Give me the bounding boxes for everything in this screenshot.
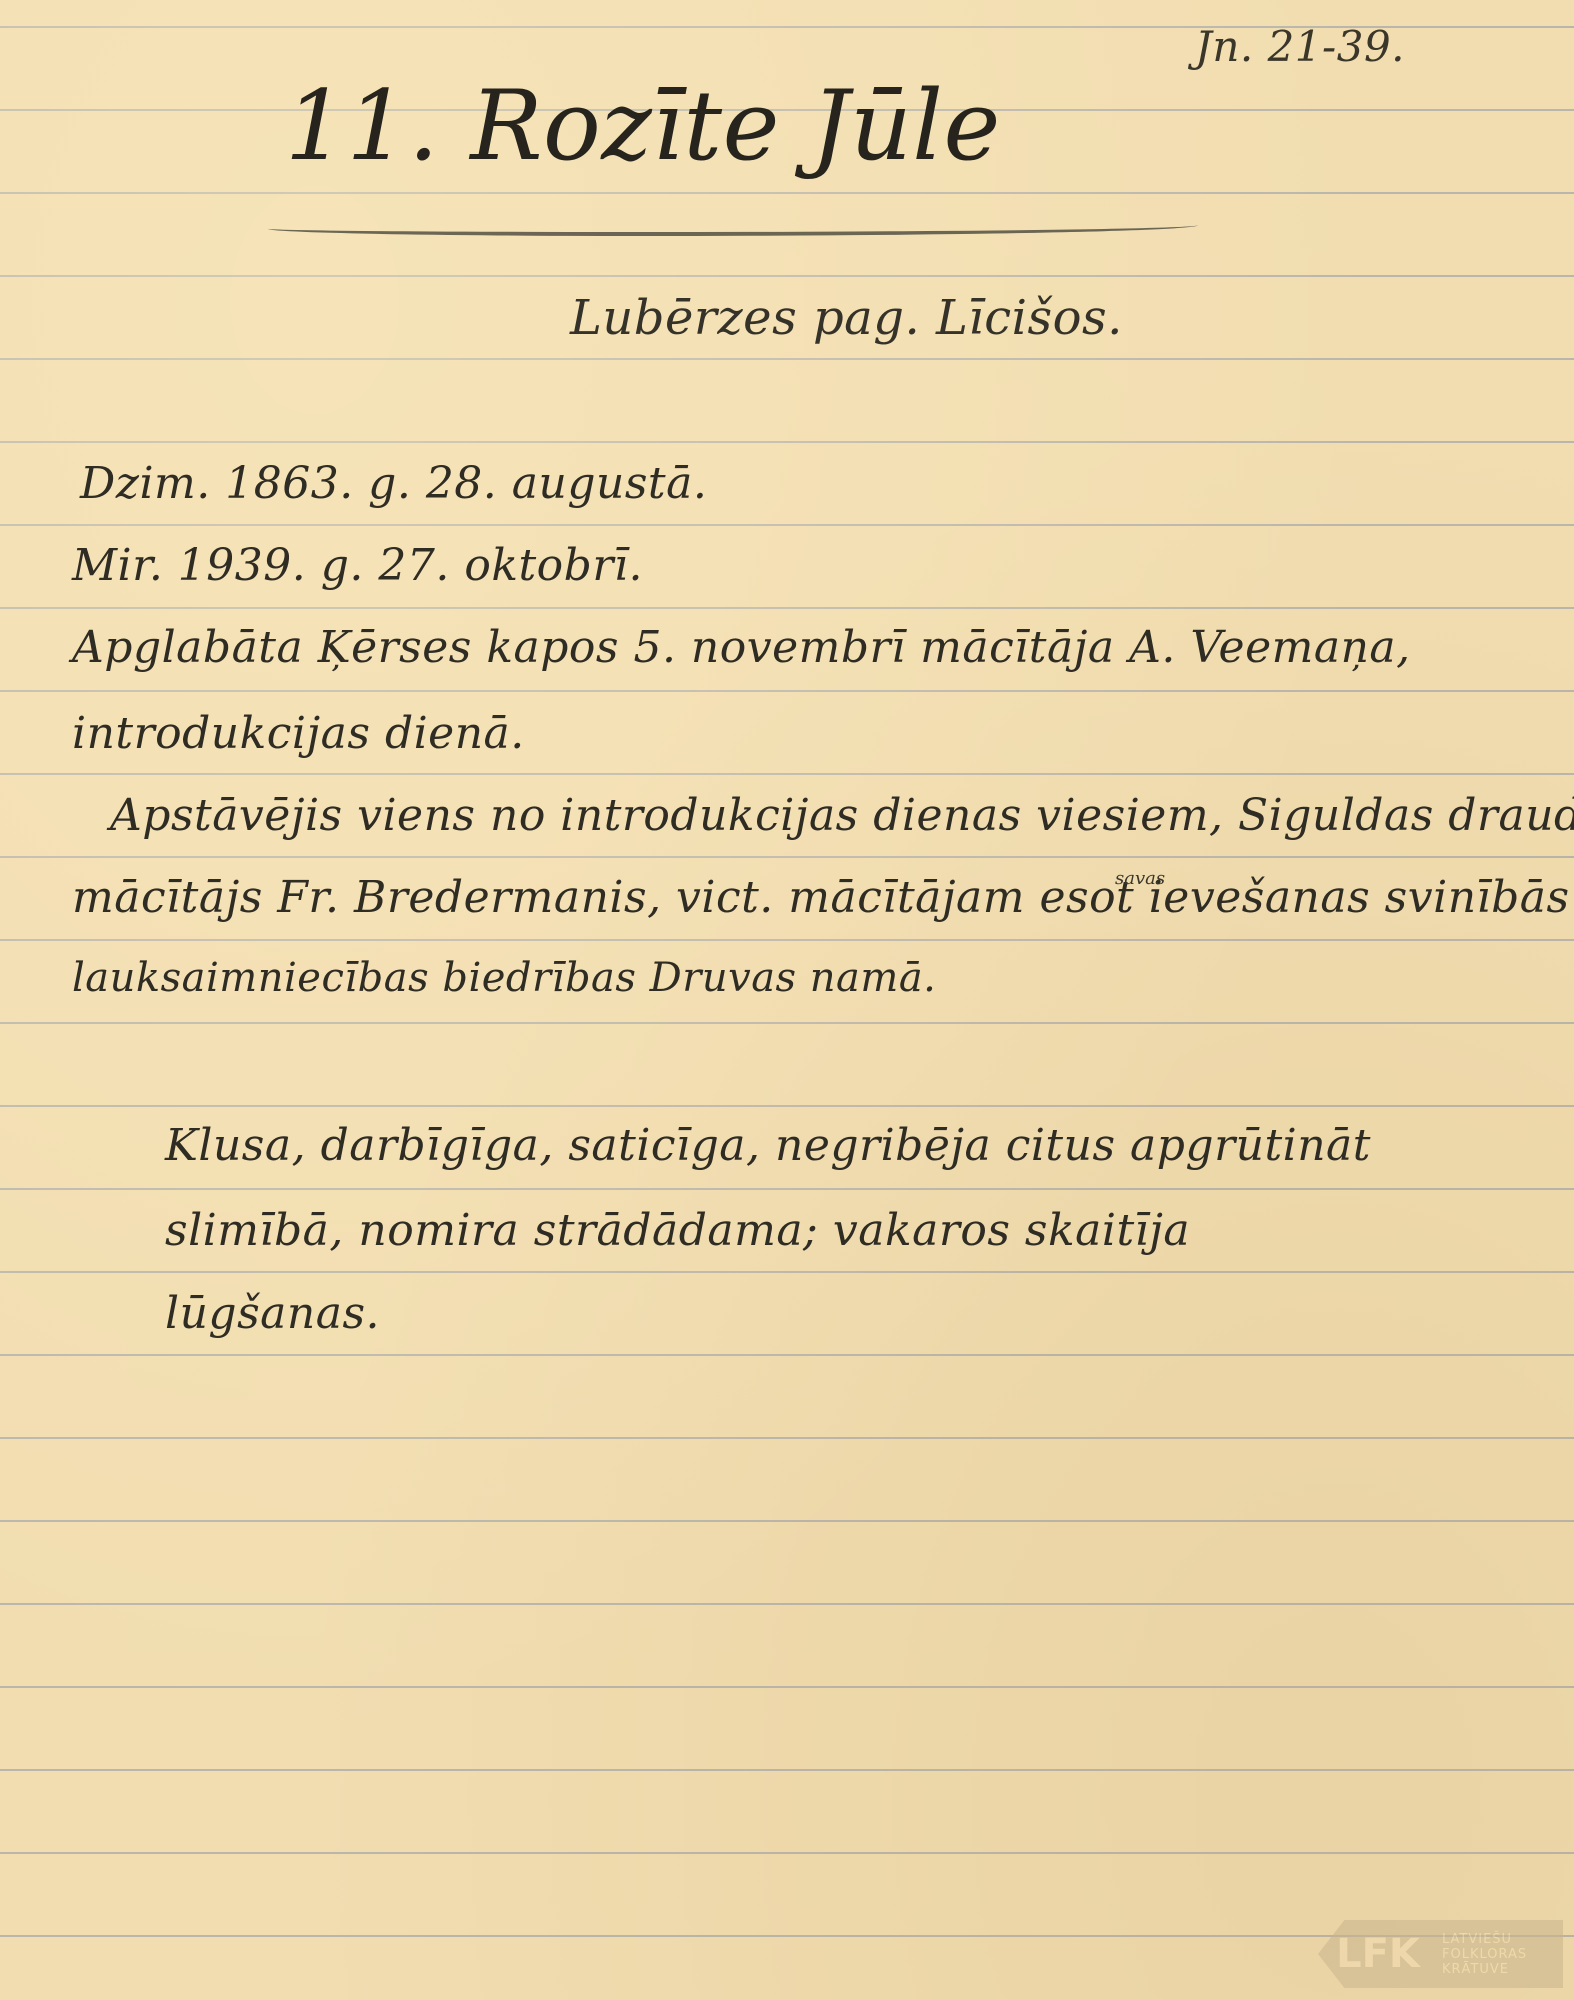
title-underline <box>268 218 1198 236</box>
officiant-line: Apstāvējis viens no introdukcijas dienas… <box>110 790 1574 841</box>
inserted-word: savas <box>1115 868 1165 889</box>
officiant-line-end: lauksaimniecības biedrības Druvas namā. <box>72 955 936 1001</box>
page-title: 11. Rozīte Jūle <box>285 70 1001 182</box>
character-line-cont: slimībā, nomira strādādama; vakaros skai… <box>165 1205 1190 1256</box>
officiant-line-cont: mācītājs Fr. Bredermanis, vict. mācītāja… <box>72 872 1570 923</box>
burial-line: Apglabāta Ķērses kapos 5. novembrī mācīt… <box>72 622 1411 673</box>
character-line-end: lūgšanas. <box>165 1288 380 1339</box>
location-subtitle: Lubērzes pag. Līcišos. <box>570 290 1123 346</box>
logo-text-line: LATVIEŠU <box>1442 1932 1563 1947</box>
death-line: Mir. 1939. g. 27. oktobrī. <box>72 540 643 591</box>
archive-reference: Jn. 21-39. <box>1195 22 1405 71</box>
logo-mark-icon: LFK <box>1318 1920 1438 1988</box>
character-line: Klusa, darbīgīga, saticīga, negribēja ci… <box>165 1120 1371 1171</box>
logo-text-line: KRĀTUVE <box>1442 1962 1563 1977</box>
logo-text-line: FOLKLORAS <box>1442 1947 1563 1962</box>
logo-text: LATVIEŠU FOLKLORAS KRĀTUVE <box>1438 1920 1563 1988</box>
archive-watermark-logo: LFK LATVIEŠU FOLKLORAS KRĀTUVE <box>1318 1920 1563 1988</box>
burial-line-cont: introdukcijas dienā. <box>72 708 525 759</box>
birth-line: Dzim. 1863. g. 28. augustā. <box>80 458 707 509</box>
